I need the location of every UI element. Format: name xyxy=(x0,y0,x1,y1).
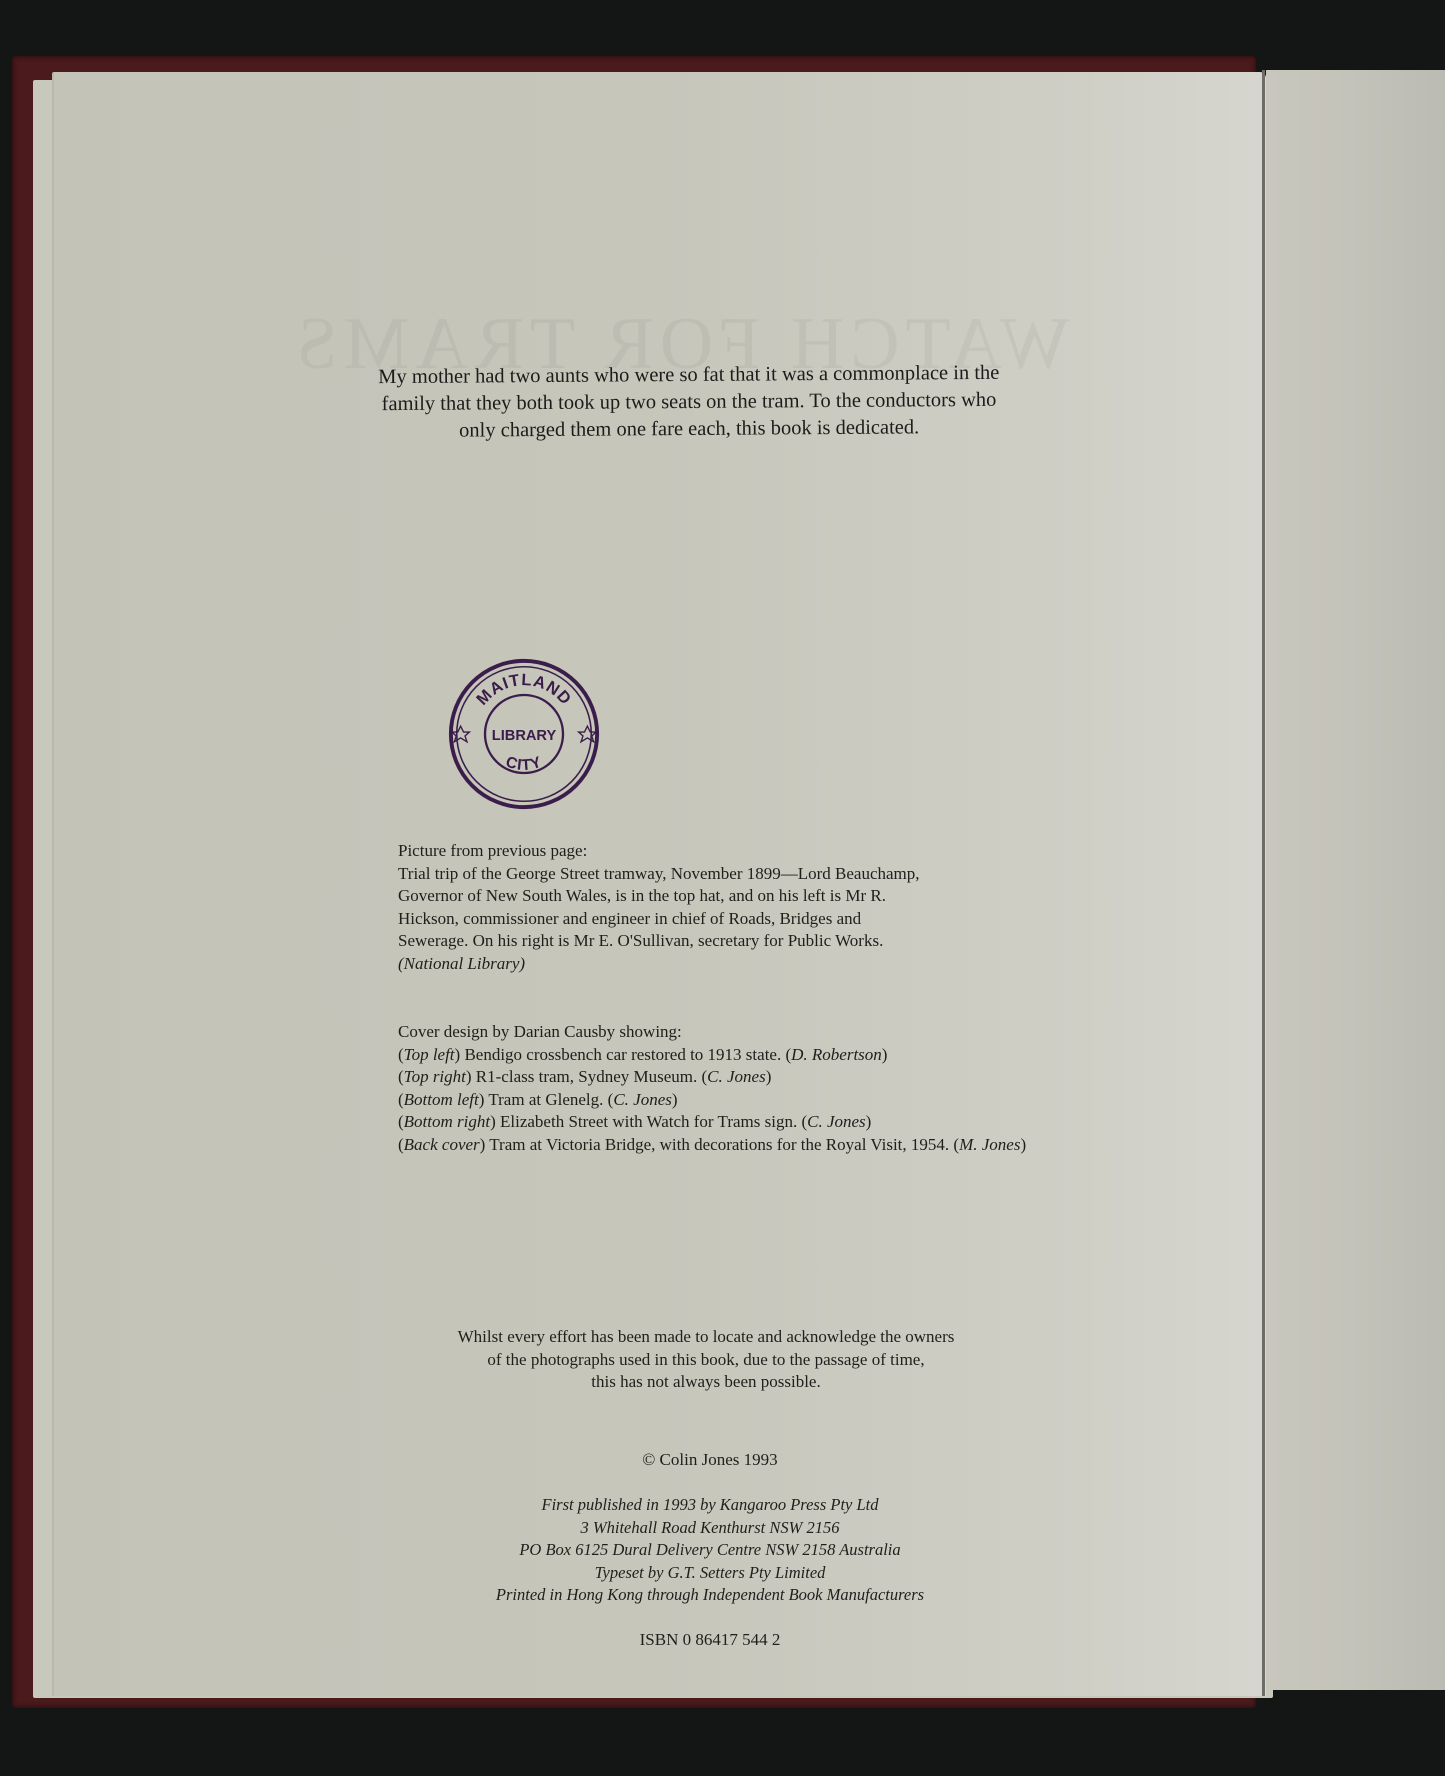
publisher-imprint: First published in 1993 by Kangaroo Pres… xyxy=(440,1494,980,1607)
cover-credit-item: (Bottom right) Elizabeth Street with Wat… xyxy=(398,1111,1030,1134)
svg-text:MAITLAND: MAITLAND xyxy=(472,670,575,709)
caption-line: Sewerage. On his right is Mr E. O'Sulliv… xyxy=(398,930,1010,953)
cover-credit-item: (Back cover) Tram at Victoria Bridge, wi… xyxy=(398,1134,1030,1157)
cover-credits-heading: Cover design by Darian Causby showing: xyxy=(398,1021,1030,1044)
copyright-notice: © Colin Jones 1993 xyxy=(560,1450,860,1470)
stamp-top-text: MAITLAND xyxy=(472,670,575,709)
dedication: My mother had two aunts who were so fat … xyxy=(318,359,1061,445)
credit-photographer: C. Jones xyxy=(613,1090,672,1109)
photo-disclaimer: Whilst every effort has been made to loc… xyxy=(400,1326,1012,1394)
caption-line: Hickson, commissioner and engineer in ch… xyxy=(398,908,1010,931)
credit-photographer: D. Robertson xyxy=(791,1045,882,1064)
book-gutter xyxy=(1262,70,1265,1696)
disclaimer-line: Whilst every effort has been made to loc… xyxy=(400,1326,1012,1349)
imprint-line: First published in 1993 by Kangaroo Pres… xyxy=(440,1494,980,1517)
cover-credit-item: (Top left) Bendigo crossbench car restor… xyxy=(398,1044,1030,1067)
credit-photographer: C. Jones xyxy=(807,1112,866,1131)
right-page xyxy=(1266,70,1445,1690)
library-stamp: MAITLAND LIBRARY CITY xyxy=(446,656,602,812)
cover-credit-item: (Bottom left) Tram at Glenelg. (C. Jones… xyxy=(398,1089,1030,1112)
star-icon xyxy=(579,726,597,742)
disclaimer-line: this has not always been possible. xyxy=(400,1371,1012,1394)
dedication-line: family that they both took up two seats … xyxy=(318,386,1060,418)
cover-credits: Cover design by Darian Causby showing: (… xyxy=(398,1021,1030,1157)
credit-position: Top left xyxy=(404,1045,455,1064)
imprint-line: Printed in Hong Kong through Independent… xyxy=(440,1584,980,1607)
credit-photographer: M. Jones xyxy=(959,1135,1020,1154)
stamp-bottom-text: CITY xyxy=(504,754,545,775)
svg-text:CITY: CITY xyxy=(504,754,545,775)
credit-position: Bottom right xyxy=(404,1112,490,1131)
imprint-line: PO Box 6125 Dural Delivery Centre NSW 21… xyxy=(440,1539,980,1562)
caption-line: Governor of New South Wales, is in the t… xyxy=(398,885,1010,908)
star-icon xyxy=(452,726,470,742)
disclaimer-line: of the photographs used in this book, du… xyxy=(400,1349,1012,1372)
caption-credit: (National Library) xyxy=(398,954,525,973)
credit-photographer: C. Jones xyxy=(707,1067,766,1086)
imprint-line: Typeset by G.T. Setters Pty Limited xyxy=(440,1562,980,1585)
credit-position: Bottom left xyxy=(404,1090,479,1109)
imprint-line: 3 Whitehall Road Kenthurst NSW 2156 xyxy=(440,1517,980,1540)
stamp-center-text: LIBRARY xyxy=(492,728,557,744)
photo-caption: Picture from previous page: Trial trip o… xyxy=(398,840,1010,976)
caption-heading: Picture from previous page: xyxy=(398,840,1010,863)
dedication-line: only charged them one fare each, this bo… xyxy=(318,413,1060,445)
credit-position: Top right xyxy=(404,1067,466,1086)
cover-credit-item: (Top right) R1-class tram, Sydney Museum… xyxy=(398,1066,1030,1089)
isbn: ISBN 0 86417 544 2 xyxy=(560,1630,860,1650)
caption-line: Trial trip of the George Street tramway,… xyxy=(398,863,1010,886)
credit-position: Back cover xyxy=(404,1135,480,1154)
